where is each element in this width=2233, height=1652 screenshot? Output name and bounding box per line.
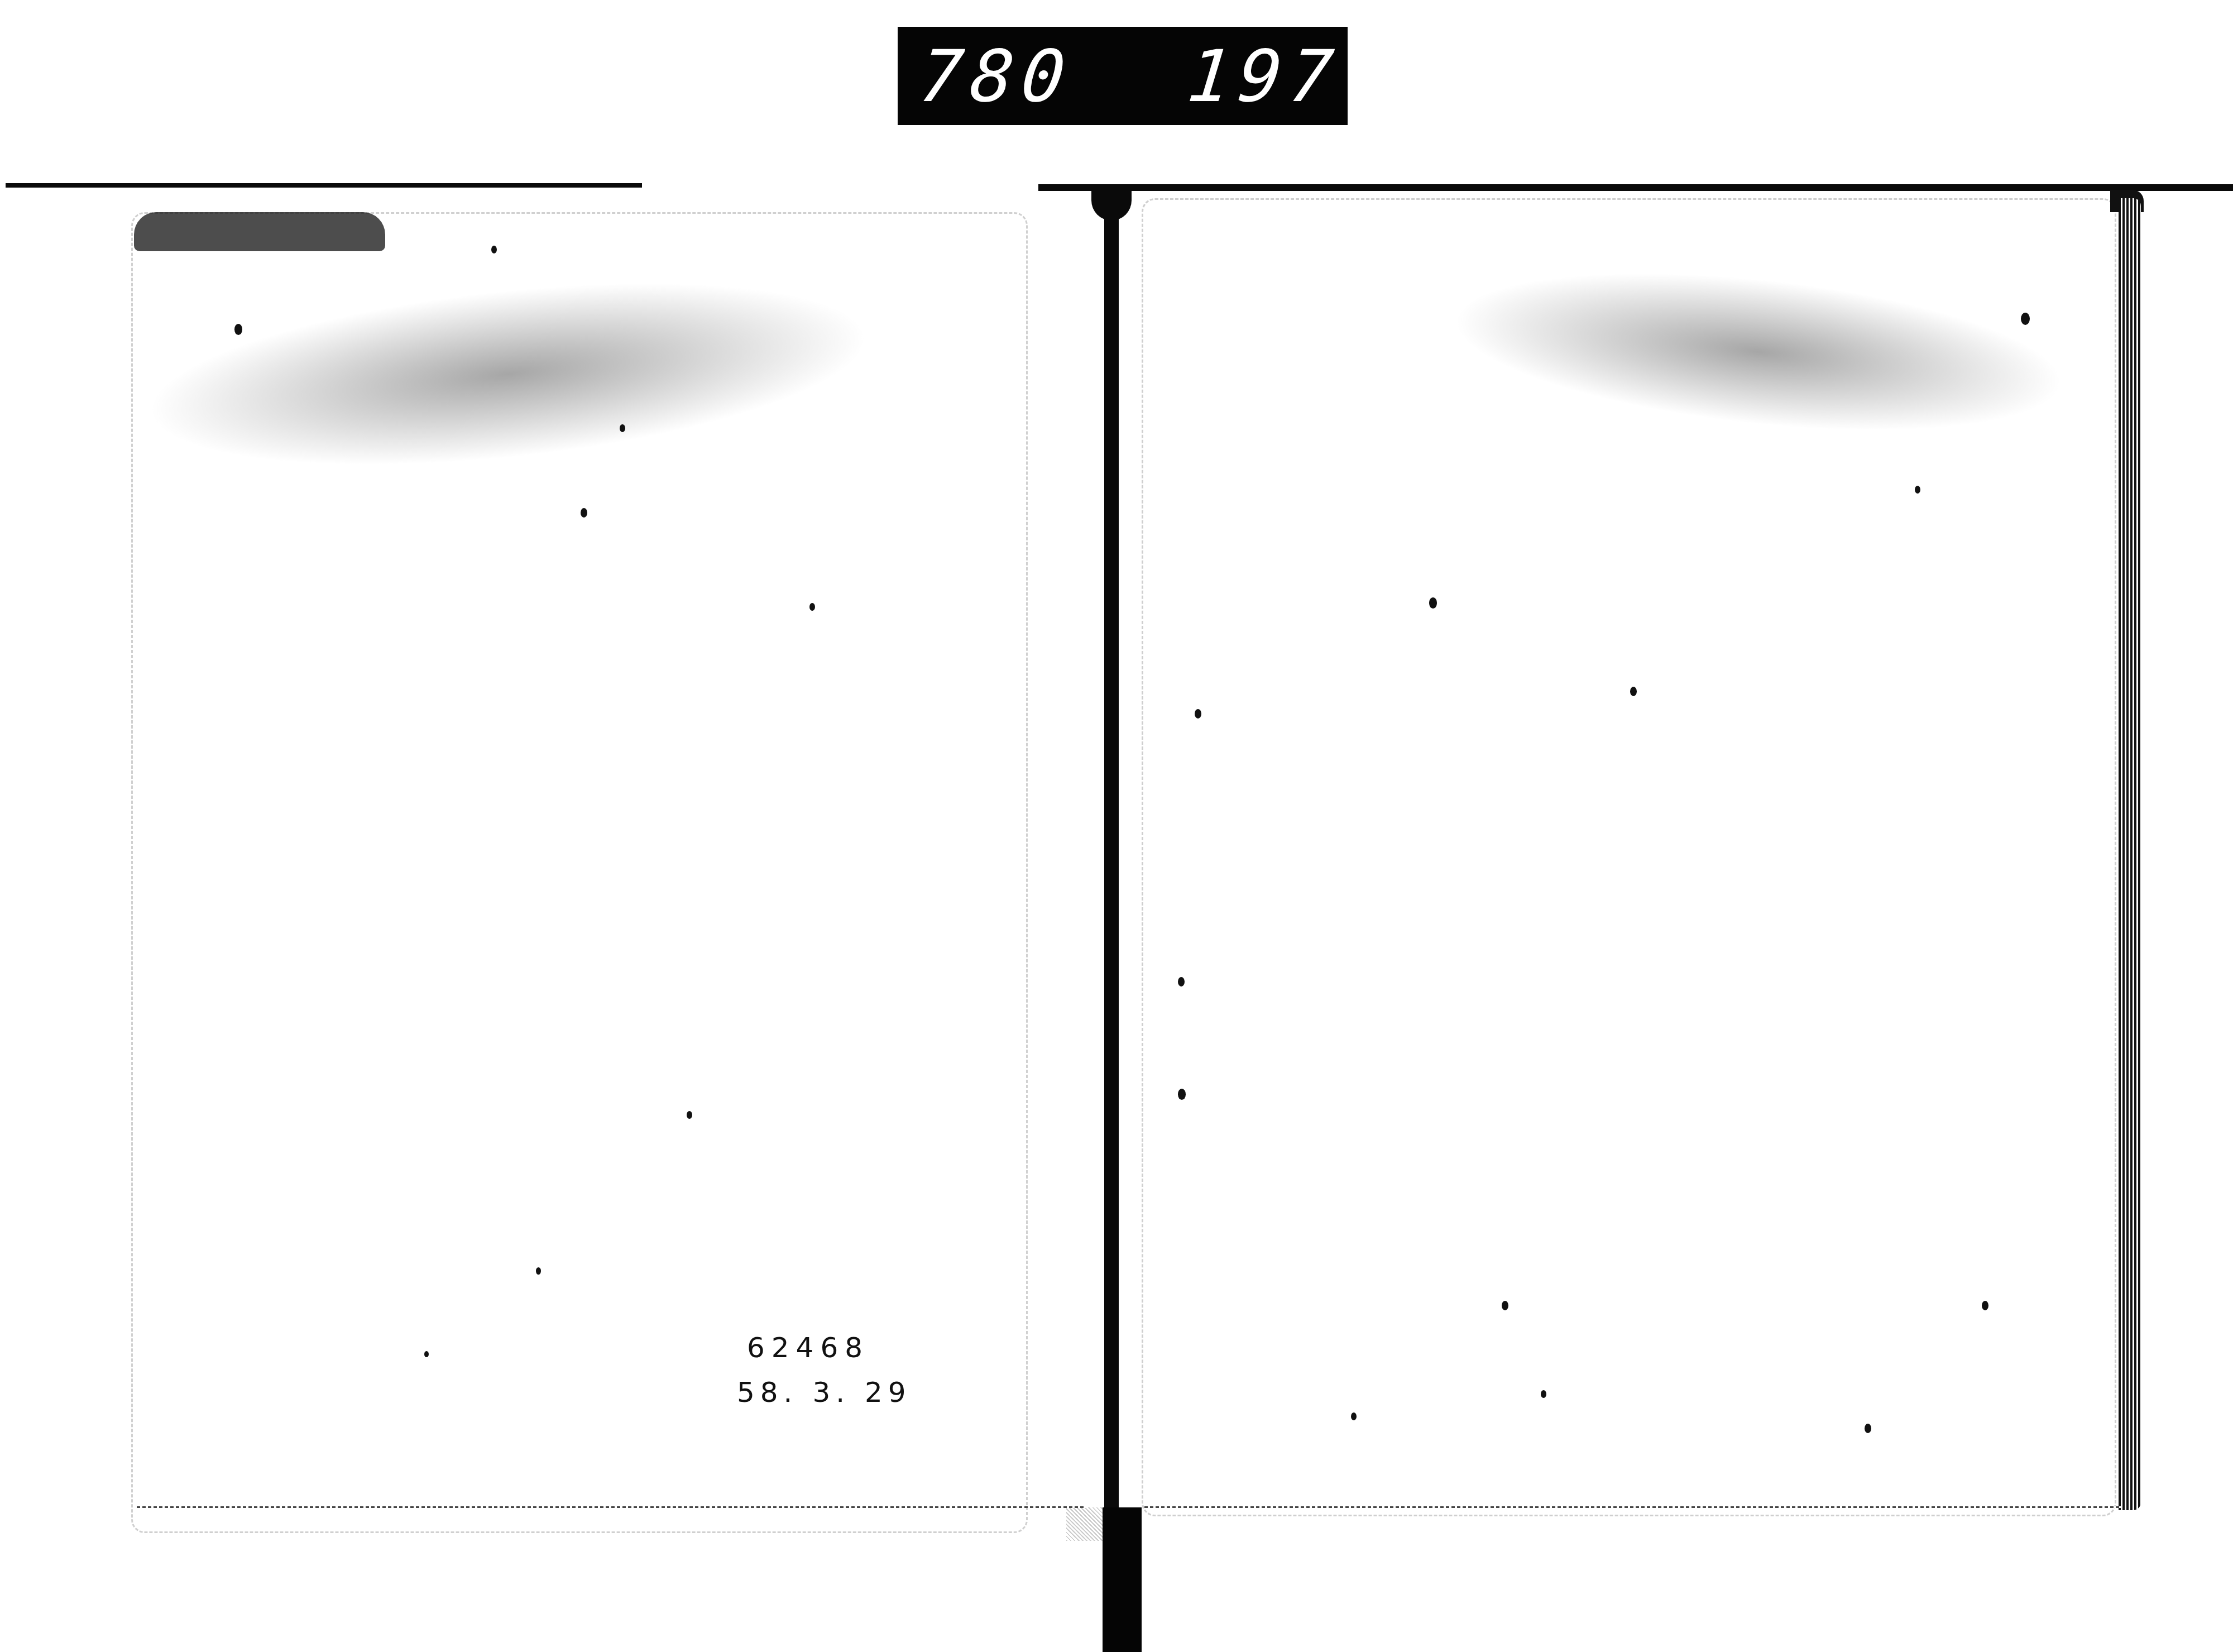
speck: [536, 1267, 541, 1275]
speck: [491, 246, 497, 253]
frame-number: 197.: [1188, 38, 1391, 116]
reel-number: 780: [920, 38, 1072, 116]
speck: [1351, 1412, 1357, 1420]
spine-base-shadow: [1066, 1507, 1105, 1541]
speck: [1178, 977, 1185, 987]
corner-damage-left: [134, 212, 385, 251]
speck: [1429, 597, 1437, 609]
fore-edge-right: [2119, 198, 2141, 1510]
speck: [1178, 1089, 1186, 1100]
frame-counter-label: 780 197.: [898, 27, 1348, 125]
speck: [234, 324, 242, 335]
speck: [1541, 1390, 1546, 1398]
frame-number-text: 197.: [1184, 38, 1396, 116]
stamp-date: 58. 3. 29: [737, 1376, 912, 1409]
speck: [620, 424, 625, 432]
accession-number: 62468: [747, 1332, 912, 1364]
top-edge-line-right: [1038, 184, 2233, 191]
speck: [809, 603, 815, 611]
speck: [1195, 709, 1201, 719]
reel-number-text: 780: [916, 38, 1077, 116]
speck: [1630, 687, 1637, 696]
bottom-edge-left: [137, 1506, 1086, 1508]
speck: [1865, 1424, 1871, 1433]
speck: [581, 508, 587, 518]
spine-base: [1103, 1507, 1142, 1652]
speck: [1915, 486, 1920, 494]
bottom-edge-right: [1144, 1506, 2121, 1508]
speck: [687, 1111, 692, 1119]
speck: [1502, 1301, 1508, 1310]
library-stamp: 62468 58. 3. 29: [737, 1332, 912, 1409]
book-gutter-spine: [1104, 187, 1119, 1516]
top-edge-line-left: [6, 183, 642, 188]
speck: [1982, 1301, 1988, 1310]
